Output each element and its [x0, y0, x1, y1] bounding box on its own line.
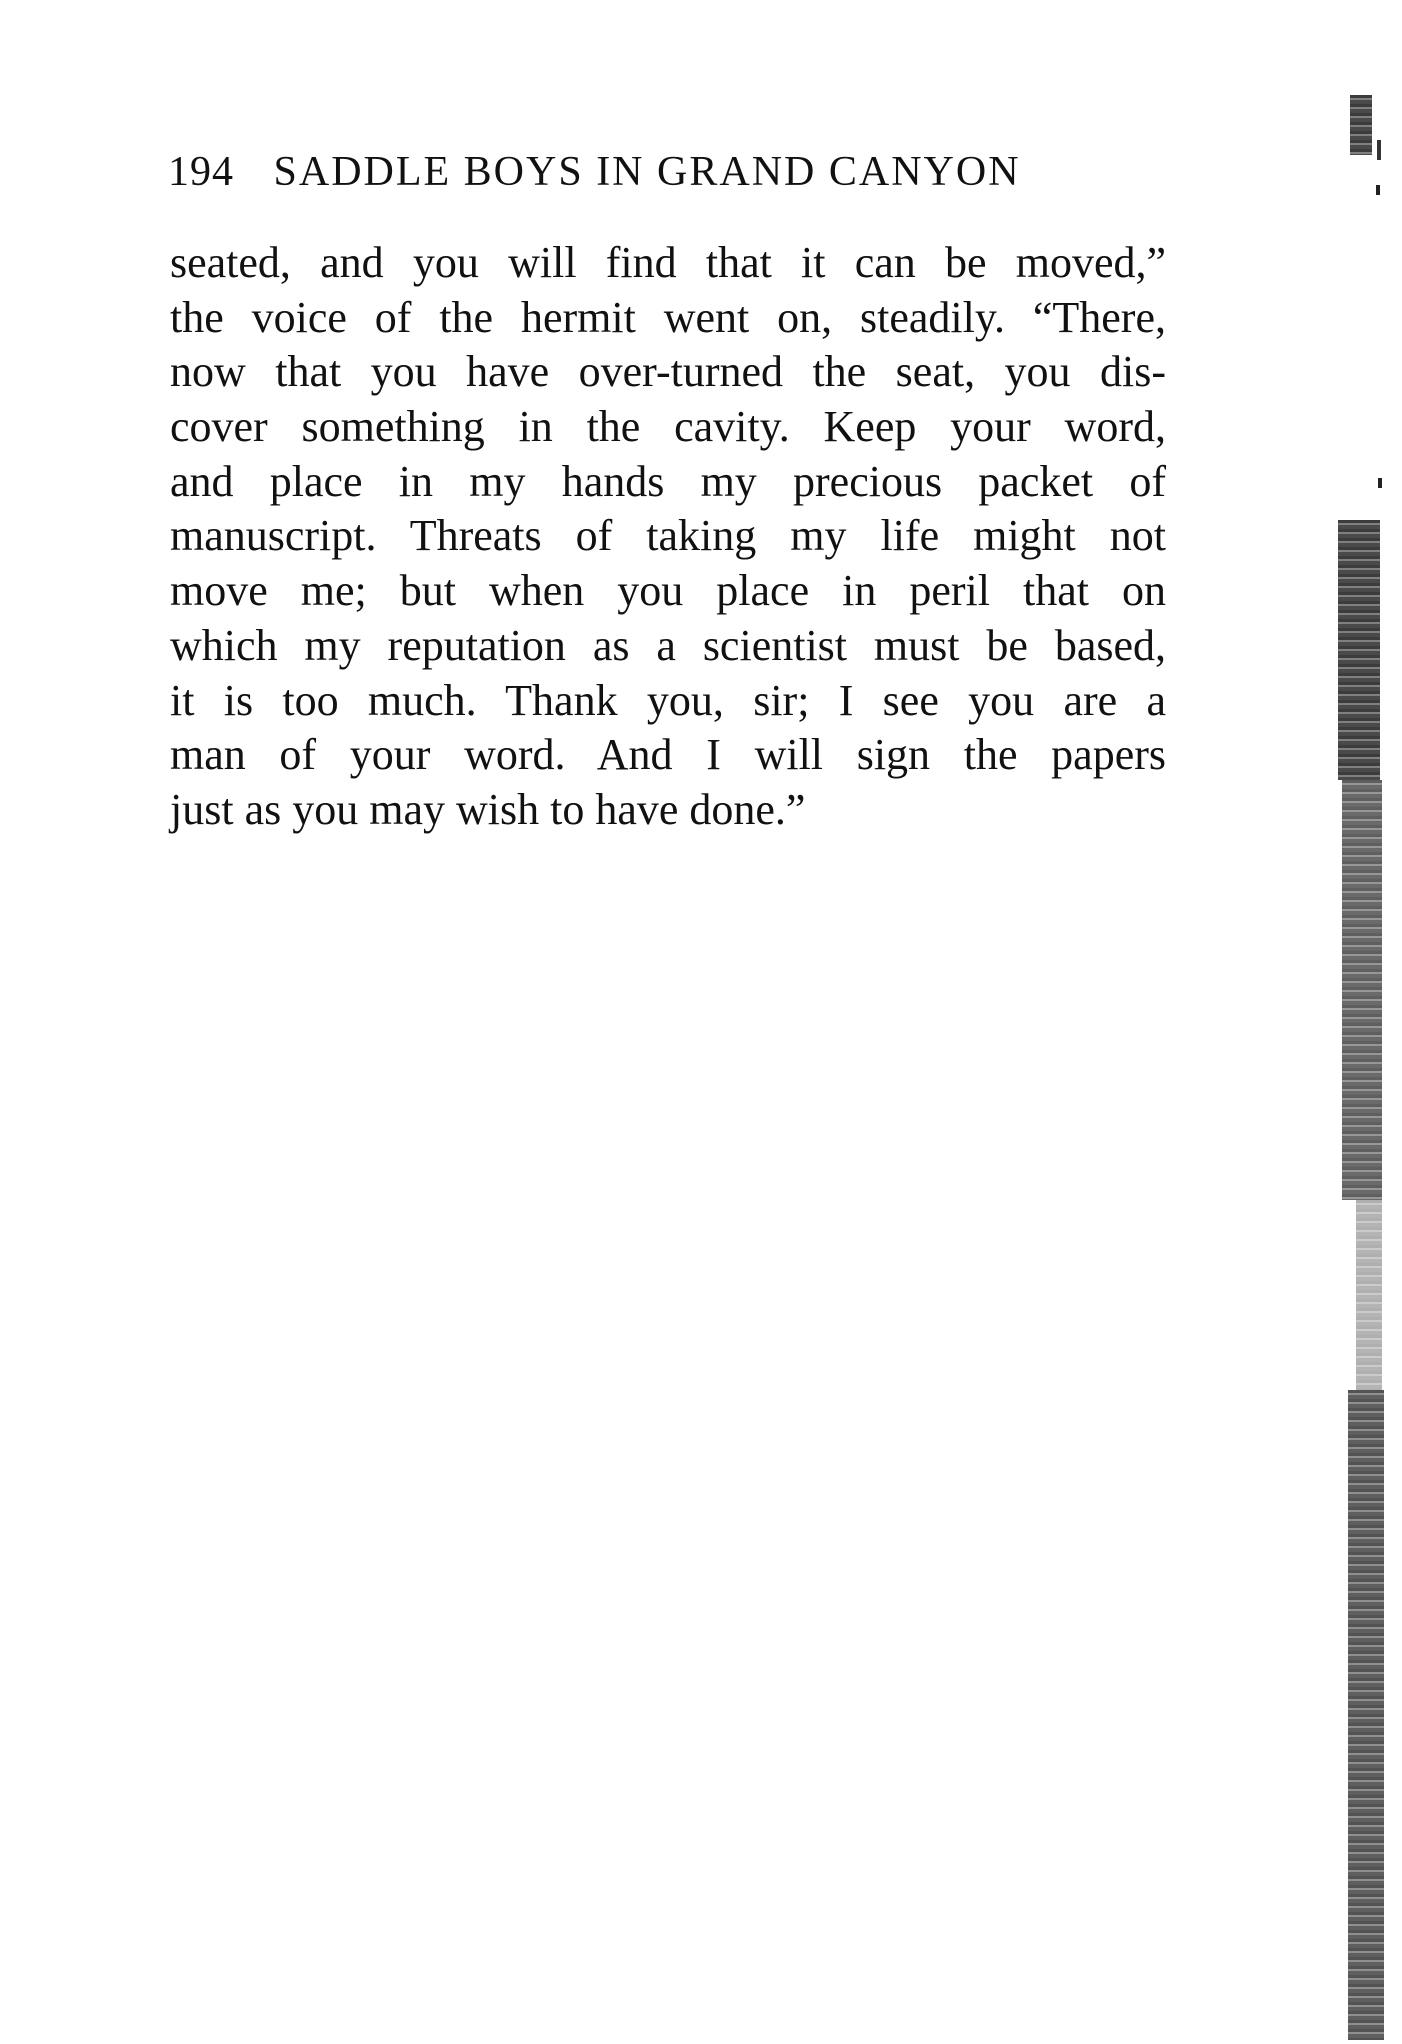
text-line: seated, and you will find that it can be… — [170, 236, 1166, 291]
text-line: which my reputation as a scientist must … — [170, 619, 1166, 674]
book-page: 194 SADDLE BOYS IN GRAND CANYON seated, … — [0, 0, 1402, 2044]
text-line: cover something in the cavity. Keep your… — [170, 400, 1166, 455]
scan-artifact — [1356, 1200, 1382, 1390]
binding-gutter-shadow — [1282, 0, 1402, 2044]
text-line: just as you may wish to have done.” — [170, 783, 1166, 838]
text-line: man of your word. And I will sign the pa… — [170, 728, 1166, 783]
text-line: and place in my hands my precious packet… — [170, 455, 1166, 510]
running-head: 194 SADDLE BOYS IN GRAND CANYON — [168, 148, 1168, 198]
text-line: it is too much. Thank you, sir; I see yo… — [170, 674, 1166, 729]
scan-artifact — [1378, 478, 1382, 488]
scan-artifact — [1342, 780, 1382, 1200]
scan-artifact — [1338, 520, 1380, 780]
text-line: now that you have over-turned the seat, … — [170, 345, 1166, 400]
scan-artifact — [1376, 185, 1380, 195]
body-text: seated, and you will find that it can be… — [170, 236, 1166, 838]
scan-artifact — [1377, 140, 1381, 160]
text-line: move me; but when you place in peril tha… — [170, 564, 1166, 619]
scan-artifact — [1350, 95, 1372, 155]
text-line: manuscript. Threats of taking my life mi… — [170, 509, 1166, 564]
page-number: 194 — [168, 148, 234, 196]
scan-artifact — [1348, 1390, 1384, 2040]
text-line: the voice of the hermit went on, steadil… — [170, 291, 1166, 346]
book-title: SADDLE BOYS IN GRAND CANYON — [274, 148, 1021, 196]
